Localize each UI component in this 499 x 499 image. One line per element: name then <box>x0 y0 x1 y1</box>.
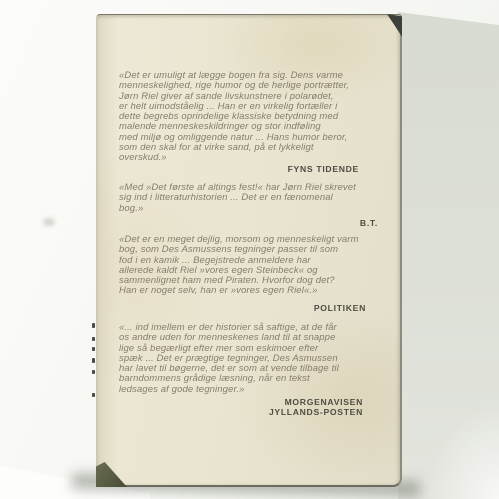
review-source-fyns-tidende: FYNS TIDENDE <box>119 164 395 174</box>
worn-corner-top-right-mark <box>387 14 402 38</box>
spine-wear-mark <box>92 358 95 363</box>
review-quote-politiken: «Det er en meget dejlig, morsom og menne… <box>119 235 395 297</box>
backdrop-side-panel <box>398 0 499 499</box>
review-source-jyllands-posten: MORGENAVISEN JYLLANDS-POSTEN <box>119 397 395 417</box>
spine-wear-mark <box>92 347 95 351</box>
spine-wear-mark <box>92 337 95 341</box>
book-back-cover: «Det er umuligt at lægge bogen fra sig. … <box>96 14 402 487</box>
worn-corner-bottom-left-mark <box>96 462 127 487</box>
spine-wear-mark <box>92 370 95 374</box>
backdrop-smudge <box>43 218 55 226</box>
review-source-bt: B.T. <box>119 218 395 228</box>
photo-backdrop: «Det er umuligt at lægge bogen fra sig. … <box>0 0 499 499</box>
review-source-politiken: POLITIKEN <box>119 303 395 313</box>
review-quote-bt: «Med »Det første af altings fest!« har J… <box>119 183 395 214</box>
review-quote-jyllands-posten: «... ind imellem er der historier så saf… <box>119 323 395 395</box>
review-quote-fyns-tidende: «Det er umuligt at lægge bogen fra sig. … <box>119 71 395 164</box>
spine-wear-mark <box>92 393 95 397</box>
spine-wear-mark <box>92 323 95 328</box>
